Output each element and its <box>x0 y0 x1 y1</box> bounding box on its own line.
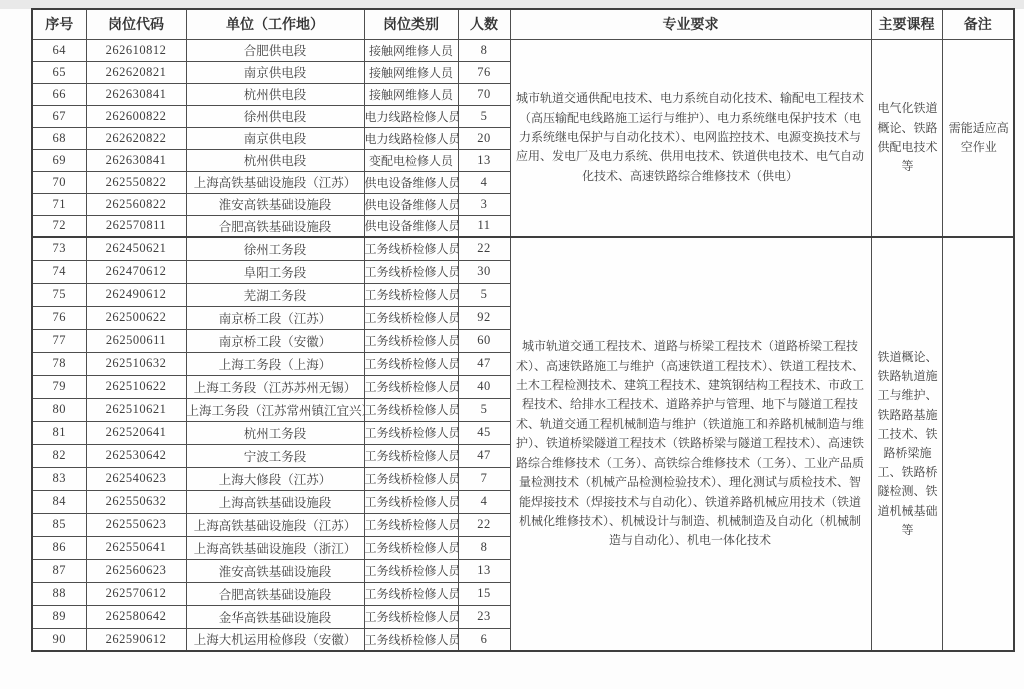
header-category: 岗位类别 <box>364 9 458 39</box>
seq-cell: 81 <box>32 421 86 444</box>
count-cell: 13 <box>458 149 510 171</box>
unit-cell: 合肥高铁基础设施段 <box>186 215 364 237</box>
unit-cell: 淮安高铁基础设施段 <box>186 193 364 215</box>
code-cell: 262620821 <box>86 61 186 83</box>
count-cell: 8 <box>458 39 510 61</box>
unit-cell: 淮安高铁基础设施段 <box>186 559 364 582</box>
unit-cell: 宁波工务段 <box>186 444 364 467</box>
unit-cell: 上海高铁基础设施段（江苏） <box>186 513 364 536</box>
category-cell: 工务线桥检修人员 <box>364 628 458 651</box>
unit-cell: 上海高铁基础设施段 <box>186 490 364 513</box>
header-remark: 备注 <box>942 9 1014 39</box>
unit-cell: 合肥供电段 <box>186 39 364 61</box>
header-code: 岗位代码 <box>86 9 186 39</box>
count-cell: 7 <box>458 467 510 490</box>
seq-cell: 85 <box>32 513 86 536</box>
count-cell: 4 <box>458 490 510 513</box>
code-cell: 262560822 <box>86 193 186 215</box>
header-row: 序号 岗位代码 单位（工作地） 岗位类别 人数 专业要求 主要课程 备注 <box>32 9 1014 39</box>
category-cell: 接触网维修人员 <box>364 61 458 83</box>
unit-cell: 徐州供电段 <box>186 105 364 127</box>
code-cell: 262500611 <box>86 329 186 352</box>
code-cell: 262510632 <box>86 352 186 375</box>
code-cell: 262520641 <box>86 421 186 444</box>
unit-cell: 金华高铁基础设施段 <box>186 605 364 628</box>
unit-cell: 南京桥工段（江苏） <box>186 306 364 329</box>
unit-cell: 上海高铁基础设施段（江苏） <box>186 171 364 193</box>
seq-cell: 76 <box>32 306 86 329</box>
unit-cell: 上海工务段（上海） <box>186 352 364 375</box>
code-cell: 262550822 <box>86 171 186 193</box>
unit-cell: 芜湖工务段 <box>186 283 364 306</box>
code-cell: 262530642 <box>86 444 186 467</box>
count-cell: 40 <box>458 375 510 398</box>
count-cell: 70 <box>458 83 510 105</box>
category-cell: 工务线桥检修人员 <box>364 444 458 467</box>
code-cell: 262550632 <box>86 490 186 513</box>
category-cell: 工务线桥检修人员 <box>364 536 458 559</box>
count-cell: 92 <box>458 306 510 329</box>
code-cell: 262550641 <box>86 536 186 559</box>
seq-cell: 65 <box>32 61 86 83</box>
seq-cell: 87 <box>32 559 86 582</box>
category-cell: 工务线桥检修人员 <box>364 559 458 582</box>
category-cell: 工务线桥检修人员 <box>364 306 458 329</box>
unit-cell: 徐州工务段 <box>186 237 364 260</box>
count-cell: 22 <box>458 513 510 536</box>
seq-cell: 69 <box>32 149 86 171</box>
unit-cell: 上海工务段（江苏常州镇江宜兴） <box>186 398 364 421</box>
seq-cell: 64 <box>32 39 86 61</box>
seq-cell: 83 <box>32 467 86 490</box>
code-cell: 262580642 <box>86 605 186 628</box>
count-cell: 4 <box>458 171 510 193</box>
seq-cell: 72 <box>32 215 86 237</box>
table-row: 73262450621徐州工务段工务线桥检修人员22城市轨道交通工程技术、道路与… <box>32 237 1014 260</box>
count-cell: 11 <box>458 215 510 237</box>
category-cell: 工务线桥检修人员 <box>364 467 458 490</box>
count-cell: 76 <box>458 61 510 83</box>
code-cell: 262490612 <box>86 283 186 306</box>
category-cell: 工务线桥检修人员 <box>364 398 458 421</box>
seq-cell: 66 <box>32 83 86 105</box>
count-cell: 22 <box>458 237 510 260</box>
seq-cell: 71 <box>32 193 86 215</box>
category-cell: 工务线桥检修人员 <box>364 582 458 605</box>
category-cell: 工务线桥检修人员 <box>364 490 458 513</box>
seq-cell: 68 <box>32 127 86 149</box>
requirements-cell: 城市轨道交通工程技术、道路与桥梁工程技术（道路桥梁工程技术）、高速铁路施工与维护… <box>510 237 871 651</box>
unit-cell: 杭州工务段 <box>186 421 364 444</box>
unit-cell: 合肥高铁基础设施段 <box>186 582 364 605</box>
code-cell: 262540623 <box>86 467 186 490</box>
category-cell: 电力线路检修人员 <box>364 105 458 127</box>
unit-cell: 上海大修段（江苏） <box>186 467 364 490</box>
count-cell: 45 <box>458 421 510 444</box>
category-cell: 接触网维修人员 <box>364 39 458 61</box>
code-cell: 262600822 <box>86 105 186 127</box>
unit-cell: 杭州供电段 <box>186 83 364 105</box>
remark-cell: 需能适应高空作业 <box>942 39 1014 237</box>
count-cell: 13 <box>458 559 510 582</box>
category-cell: 工务线桥检修人员 <box>364 283 458 306</box>
code-cell: 262590612 <box>86 628 186 651</box>
count-cell: 47 <box>458 444 510 467</box>
code-cell: 262630841 <box>86 83 186 105</box>
category-cell: 工务线桥检修人员 <box>364 375 458 398</box>
header-count: 人数 <box>458 9 510 39</box>
category-cell: 变配电检修人员 <box>364 149 458 171</box>
count-cell: 30 <box>458 260 510 283</box>
header-courses: 主要课程 <box>871 9 942 39</box>
category-cell: 工务线桥检修人员 <box>364 605 458 628</box>
table-row: 64262610812合肥供电段接触网维修人员8城市轨道交通供配电技术、电力系统… <box>32 39 1014 61</box>
count-cell: 5 <box>458 283 510 306</box>
remark-cell <box>942 237 1014 651</box>
unit-cell: 阜阳工务段 <box>186 260 364 283</box>
category-cell: 供电设备维修人员 <box>364 193 458 215</box>
table-body: 64262610812合肥供电段接触网维修人员8城市轨道交通供配电技术、电力系统… <box>32 39 1014 651</box>
unit-cell: 南京供电段 <box>186 61 364 83</box>
job-positions-table: 序号 岗位代码 单位（工作地） 岗位类别 人数 专业要求 主要课程 备注 642… <box>31 8 1015 652</box>
seq-cell: 77 <box>32 329 86 352</box>
category-cell: 工务线桥检修人员 <box>364 260 458 283</box>
count-cell: 15 <box>458 582 510 605</box>
count-cell: 23 <box>458 605 510 628</box>
code-cell: 262510621 <box>86 398 186 421</box>
seq-cell: 73 <box>32 237 86 260</box>
code-cell: 262570811 <box>86 215 186 237</box>
code-cell: 262500622 <box>86 306 186 329</box>
unit-cell: 南京桥工段（安徽） <box>186 329 364 352</box>
category-cell: 工务线桥检修人员 <box>364 421 458 444</box>
category-cell: 工务线桥检修人员 <box>364 329 458 352</box>
seq-cell: 89 <box>32 605 86 628</box>
header-unit: 单位（工作地） <box>186 9 364 39</box>
category-cell: 电力线路检修人员 <box>364 127 458 149</box>
seq-cell: 67 <box>32 105 86 127</box>
table-header: 序号 岗位代码 单位（工作地） 岗位类别 人数 专业要求 主要课程 备注 <box>32 9 1014 39</box>
code-cell: 262560623 <box>86 559 186 582</box>
code-cell: 262610812 <box>86 39 186 61</box>
courses-cell: 电气化铁道概论、铁路供配电技术等 <box>871 39 942 237</box>
unit-cell: 上海工务段（江苏苏州无锡） <box>186 375 364 398</box>
header-seq: 序号 <box>32 9 86 39</box>
unit-cell: 上海高铁基础设施段（浙江） <box>186 536 364 559</box>
count-cell: 8 <box>458 536 510 559</box>
courses-cell: 铁道概论、铁路轨道施工与维护、铁路路基施工技术、铁路桥梁施工、铁路桥隧检测、铁道… <box>871 237 942 651</box>
seq-cell: 80 <box>32 398 86 421</box>
unit-cell: 杭州供电段 <box>186 149 364 171</box>
seq-cell: 74 <box>32 260 86 283</box>
code-cell: 262450621 <box>86 237 186 260</box>
seq-cell: 90 <box>32 628 86 651</box>
count-cell: 6 <box>458 628 510 651</box>
document-sheet: 序号 岗位代码 单位（工作地） 岗位类别 人数 专业要求 主要课程 备注 642… <box>31 8 1013 652</box>
category-cell: 工务线桥检修人员 <box>364 237 458 260</box>
count-cell: 5 <box>458 105 510 127</box>
seq-cell: 86 <box>32 536 86 559</box>
code-cell: 262470612 <box>86 260 186 283</box>
code-cell: 262510622 <box>86 375 186 398</box>
seq-cell: 75 <box>32 283 86 306</box>
seq-cell: 79 <box>32 375 86 398</box>
seq-cell: 84 <box>32 490 86 513</box>
code-cell: 262570612 <box>86 582 186 605</box>
category-cell: 接触网维修人员 <box>364 83 458 105</box>
category-cell: 供电设备维修人员 <box>364 171 458 193</box>
count-cell: 47 <box>458 352 510 375</box>
category-cell: 供电设备维修人员 <box>364 215 458 237</box>
code-cell: 262620822 <box>86 127 186 149</box>
category-cell: 工务线桥检修人员 <box>364 513 458 536</box>
header-requirements: 专业要求 <box>510 9 871 39</box>
seq-cell: 78 <box>32 352 86 375</box>
unit-cell: 南京供电段 <box>186 127 364 149</box>
unit-cell: 上海大机运用检修段（安徽） <box>186 628 364 651</box>
seq-cell: 88 <box>32 582 86 605</box>
requirements-cell: 城市轨道交通供配电技术、电力系统自动化技术、输配电工程技术（高压输配电线路施工运… <box>510 39 871 237</box>
count-cell: 20 <box>458 127 510 149</box>
code-cell: 262550623 <box>86 513 186 536</box>
count-cell: 3 <box>458 193 510 215</box>
category-cell: 工务线桥检修人员 <box>364 352 458 375</box>
seq-cell: 82 <box>32 444 86 467</box>
count-cell: 5 <box>458 398 510 421</box>
count-cell: 60 <box>458 329 510 352</box>
code-cell: 262630841 <box>86 149 186 171</box>
seq-cell: 70 <box>32 171 86 193</box>
